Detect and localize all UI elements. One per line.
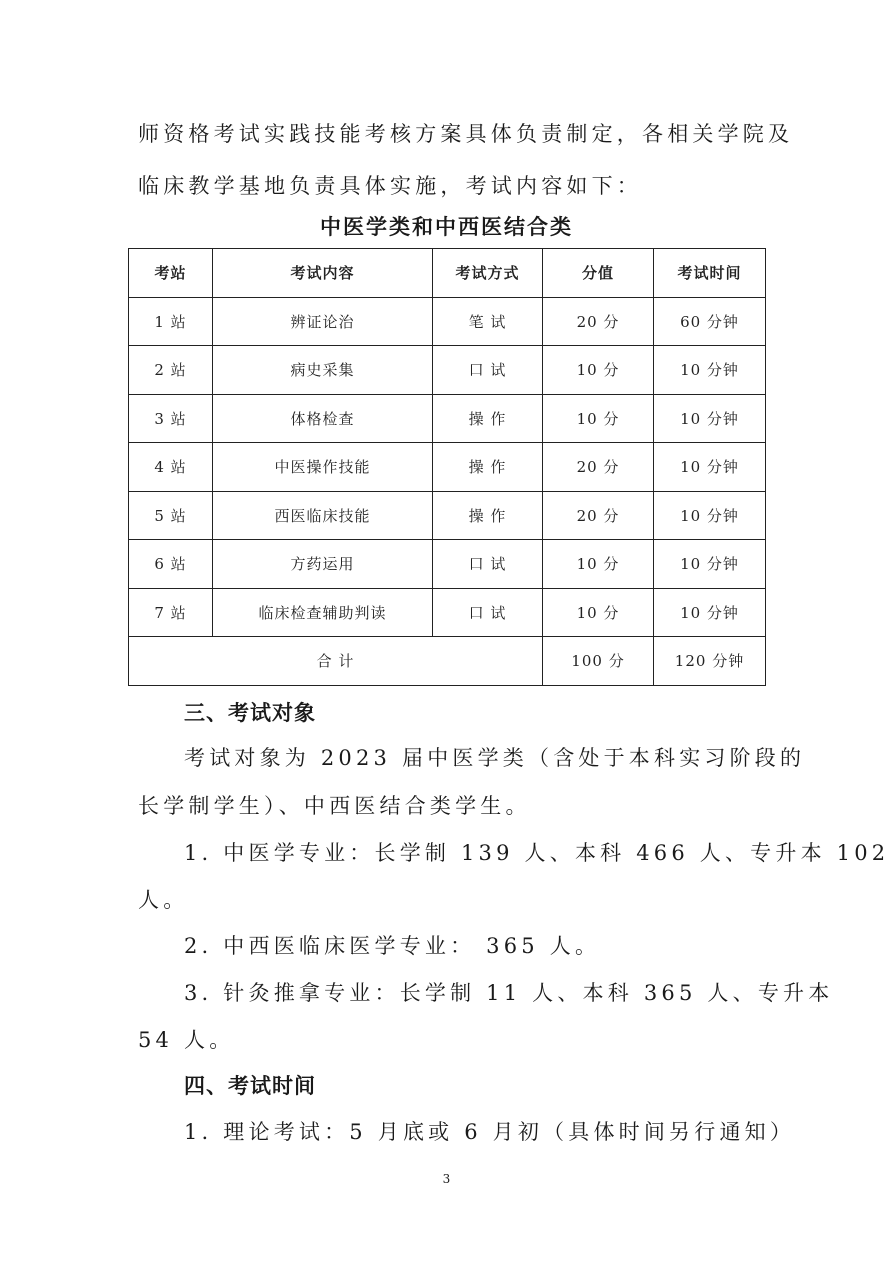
intro-line-2: 临床教学基地负责具体实施，考试内容如下： xyxy=(138,170,642,200)
table-header-row: 考站 考试内容 考试方式 分值 考试时间 xyxy=(129,249,766,298)
total-score: 100 分 xyxy=(543,637,654,686)
header-score: 分值 xyxy=(543,249,654,298)
cell-station: 4 站 xyxy=(129,443,213,492)
header-content: 考试内容 xyxy=(213,249,433,298)
cell-method: 操 作 xyxy=(433,394,543,443)
exam-content-table: 考站 考试内容 考试方式 分值 考试时间 1 站 辨证论治 笔 试 20 分 6… xyxy=(128,248,766,686)
total-label: 合 计 xyxy=(129,637,543,686)
section-3-item-3-line-2: 54 人。 xyxy=(138,1024,234,1054)
table-row: 7 站 临床检查辅助判读 口 试 10 分 10 分钟 xyxy=(129,588,766,637)
cell-content: 辨证论治 xyxy=(213,297,433,346)
cell-score: 10 分 xyxy=(543,540,654,589)
cell-method: 操 作 xyxy=(433,491,543,540)
section-3-item-1-line-2: 人。 xyxy=(138,884,188,914)
cell-time: 10 分钟 xyxy=(654,394,766,443)
cell-content: 体格检查 xyxy=(213,394,433,443)
cell-station: 1 站 xyxy=(129,297,213,346)
cell-method: 笔 试 xyxy=(433,297,543,346)
cell-content: 方药运用 xyxy=(213,540,433,589)
table-row: 4 站 中医操作技能 操 作 20 分 10 分钟 xyxy=(129,443,766,492)
cell-content: 临床检查辅助判读 xyxy=(213,588,433,637)
table-row: 6 站 方药运用 口 试 10 分 10 分钟 xyxy=(129,540,766,589)
cell-score: 10 分 xyxy=(543,588,654,637)
cell-station: 2 站 xyxy=(129,346,213,395)
cell-score: 20 分 xyxy=(543,297,654,346)
table-row: 3 站 体格检查 操 作 10 分 10 分钟 xyxy=(129,394,766,443)
cell-score: 10 分 xyxy=(543,394,654,443)
cell-time: 10 分钟 xyxy=(654,346,766,395)
cell-method: 口 试 xyxy=(433,588,543,637)
cell-time: 60 分钟 xyxy=(654,297,766,346)
section-3-item-2: 2. 中西医临床医学专业： 365 人。 xyxy=(184,930,600,960)
cell-method: 口 试 xyxy=(433,346,543,395)
table-row: 1 站 辨证论治 笔 试 20 分 60 分钟 xyxy=(129,297,766,346)
cell-station: 5 站 xyxy=(129,491,213,540)
cell-content: 西医临床技能 xyxy=(213,491,433,540)
cell-method: 口 试 xyxy=(433,540,543,589)
header-station: 考站 xyxy=(129,249,213,298)
cell-content: 病史采集 xyxy=(213,346,433,395)
section-3-item-1-line-1: 1. 中医学专业：长学制 139 人、本科 466 人、专升本 102 xyxy=(184,837,889,867)
cell-time: 10 分钟 xyxy=(654,588,766,637)
cell-score: 10 分 xyxy=(543,346,654,395)
cell-time: 10 分钟 xyxy=(654,443,766,492)
header-method: 考试方式 xyxy=(433,249,543,298)
cell-station: 6 站 xyxy=(129,540,213,589)
table-title: 中医学类和中西医结合类 xyxy=(0,211,893,241)
cell-score: 20 分 xyxy=(543,443,654,492)
cell-station: 7 站 xyxy=(129,588,213,637)
section-3-para-line-1: 考试对象为 2023 届中医学类（含处于本科实习阶段的 xyxy=(184,742,805,772)
table-row: 5 站 西医临床技能 操 作 20 分 10 分钟 xyxy=(129,491,766,540)
cell-score: 20 分 xyxy=(543,491,654,540)
section-3-para-line-2: 长学制学生）、中西医结合类学生。 xyxy=(138,790,531,820)
total-time: 120 分钟 xyxy=(654,637,766,686)
cell-time: 10 分钟 xyxy=(654,491,766,540)
header-time: 考试时间 xyxy=(654,249,766,298)
table-row: 2 站 病史采集 口 试 10 分 10 分钟 xyxy=(129,346,766,395)
cell-station: 3 站 xyxy=(129,394,213,443)
intro-line-1: 师资格考试实践技能考核方案具体负责制定，各相关学院及 xyxy=(138,118,793,148)
section-4-heading: 四、考试时间 xyxy=(184,1070,316,1100)
page-number: 3 xyxy=(0,1172,893,1186)
table-total-row: 合 计 100 分 120 分钟 xyxy=(129,637,766,686)
cell-content: 中医操作技能 xyxy=(213,443,433,492)
cell-time: 10 分钟 xyxy=(654,540,766,589)
section-4-item-1: 1. 理论考试：5 月底或 6 月初（具体时间另行通知） xyxy=(184,1116,795,1146)
section-3-item-3-line-1: 3. 针灸推拿专业：长学制 11 人、本科 365 人、专升本 xyxy=(184,977,833,1007)
cell-method: 操 作 xyxy=(433,443,543,492)
section-3-heading: 三、考试对象 xyxy=(184,697,316,727)
